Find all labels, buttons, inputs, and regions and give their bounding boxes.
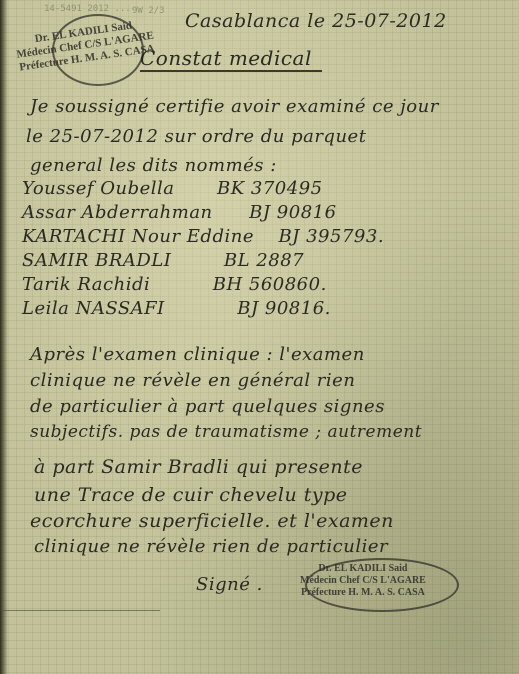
ruled-line-bottom xyxy=(0,610,160,611)
person-id: BH 560860. xyxy=(213,274,327,295)
person-id: BJ 90816. xyxy=(237,298,331,319)
findings-line-5: à part Samir Bradli qui presente xyxy=(34,456,363,478)
faint-print-top-left: 14-5491 2012 ... xyxy=(44,4,131,14)
findings-line-8: clinique ne révèle rien de particulier xyxy=(34,536,388,557)
list-item: SAMIR BRADLI BL 2887 xyxy=(22,250,304,271)
document-title: Constat medical xyxy=(140,46,312,70)
title-underline xyxy=(140,70,322,72)
stamp-bottom-line3: Préfecture H. M. A. S. CASA xyxy=(300,587,426,599)
person-name: Tarik Rachidi xyxy=(22,274,150,295)
list-item: Leila NASSAFI BJ 90816. xyxy=(22,298,331,319)
person-id: BJ 90816 xyxy=(249,202,336,223)
list-item: Tarik Rachidi BH 560860. xyxy=(22,274,327,295)
person-id: BJ 395793. xyxy=(278,226,384,247)
person-name: Assar Abderrahman xyxy=(22,202,213,223)
list-item: Youssef Oubella BK 370495 xyxy=(22,178,323,199)
stamp-bottom-line1: Dr. EL KADILI Said xyxy=(300,563,426,575)
person-id: BK 370495 xyxy=(217,178,323,199)
findings-line-6: une Trace de cuir chevelu type xyxy=(34,484,348,506)
faint-print-top-right: 9W 2/3 xyxy=(132,6,165,16)
doctor-stamp-bottom: Dr. EL KADILI Said Médecin Chef C/S L'AG… xyxy=(300,563,426,599)
intro-line-1: Je soussigné certifie avoir examiné ce j… xyxy=(30,96,439,117)
signature-label: Signé . xyxy=(196,574,263,595)
stamp-bottom-line2: Médecin Chef C/S L'AGARE xyxy=(300,575,426,587)
person-name: KARTACHI Nour Eddine xyxy=(22,226,254,247)
findings-line-4: subjectifs. pas de traumatisme ; autreme… xyxy=(30,422,422,442)
list-item: KARTACHI Nour Eddine BJ 395793. xyxy=(22,226,384,247)
findings-line-2: clinique ne révèle en général rien xyxy=(30,370,355,391)
findings-line-1: Après l'examen clinique : l'examen xyxy=(30,344,365,365)
findings-line-7: ecorchure superficielle. et l'examen xyxy=(30,510,394,532)
person-name: Youssef Oubella xyxy=(22,178,175,199)
page-shadow-edge xyxy=(0,0,8,674)
list-item: Assar Abderrahman BJ 90816 xyxy=(22,202,337,223)
place-date: Casablanca le 25-07-2012 xyxy=(185,10,447,32)
person-name: SAMIR BRADLI xyxy=(22,250,171,271)
person-name: Leila NASSAFI xyxy=(22,298,165,319)
intro-line-3: general les dits nommés : xyxy=(30,155,277,176)
findings-line-3: de particulier à part quelques signes xyxy=(30,396,385,417)
intro-line-2: le 25-07-2012 sur ordre du parquet xyxy=(26,126,366,147)
person-id: BL 2887 xyxy=(224,250,304,271)
